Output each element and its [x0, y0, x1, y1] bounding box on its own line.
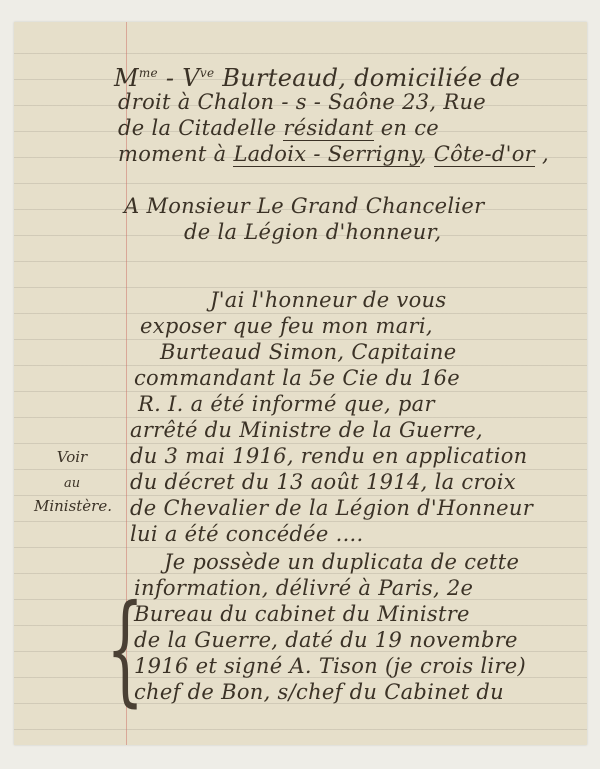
sender-line-2: droit à Chalon - s - Saône 23, Rue: [118, 89, 486, 115]
body-line: information, délivré à Paris, 2e: [134, 575, 473, 601]
body-line: du décret du 13 août 1914, la croix: [130, 469, 516, 495]
sender-line-4: moment à Ladoix - Serrigny, Côte-d'or ,: [118, 141, 549, 167]
addressee-line-2: de la Légion d'honneur,: [184, 219, 442, 245]
addressee-line-1: A Monsieur Le Grand Chancelier: [124, 193, 484, 219]
letter-page: Mme - Vve Burteaud, domiciliée de droit …: [14, 22, 587, 745]
sender-line-3: de la Citadelle résidant en ce: [118, 115, 439, 141]
body-line: Burteaud Simon, Capitaine: [160, 339, 456, 365]
body-line: R. I. a été informé que, par: [138, 391, 435, 417]
body-line: de la Guerre, daté du 19 novembre: [134, 627, 518, 653]
margin-note-line: Voir: [42, 447, 102, 467]
margin-note-line: Ministère.: [28, 496, 118, 516]
body-line: commandant la 5e Cie du 16e: [134, 365, 460, 391]
body-line: Je possède un duplicata de cette: [164, 549, 519, 575]
body-line: Bureau du cabinet du Ministre: [134, 601, 470, 627]
body-line: de Chevalier de la Légion d'Honneur: [130, 495, 533, 521]
body-line: 1916 et signé A. Tison (je crois lire): [134, 653, 526, 679]
body-line: lui a été concédée ....: [130, 521, 364, 547]
body-line: exposer que feu mon mari,: [140, 313, 433, 339]
body-line: du 3 mai 1916, rendu en application: [130, 443, 528, 469]
curly-brace-mark: {: [106, 590, 144, 710]
sender-line-1: Mme - Vve Burteaud, domiciliée de: [114, 60, 520, 91]
body-line: chef de Bon, s/chef du Cabinet du: [134, 679, 504, 705]
body-line: J'ai l'honneur de vous: [210, 287, 446, 313]
body-line: arrêté du Ministre de la Guerre,: [130, 417, 483, 443]
margin-note-line: au: [42, 474, 102, 494]
